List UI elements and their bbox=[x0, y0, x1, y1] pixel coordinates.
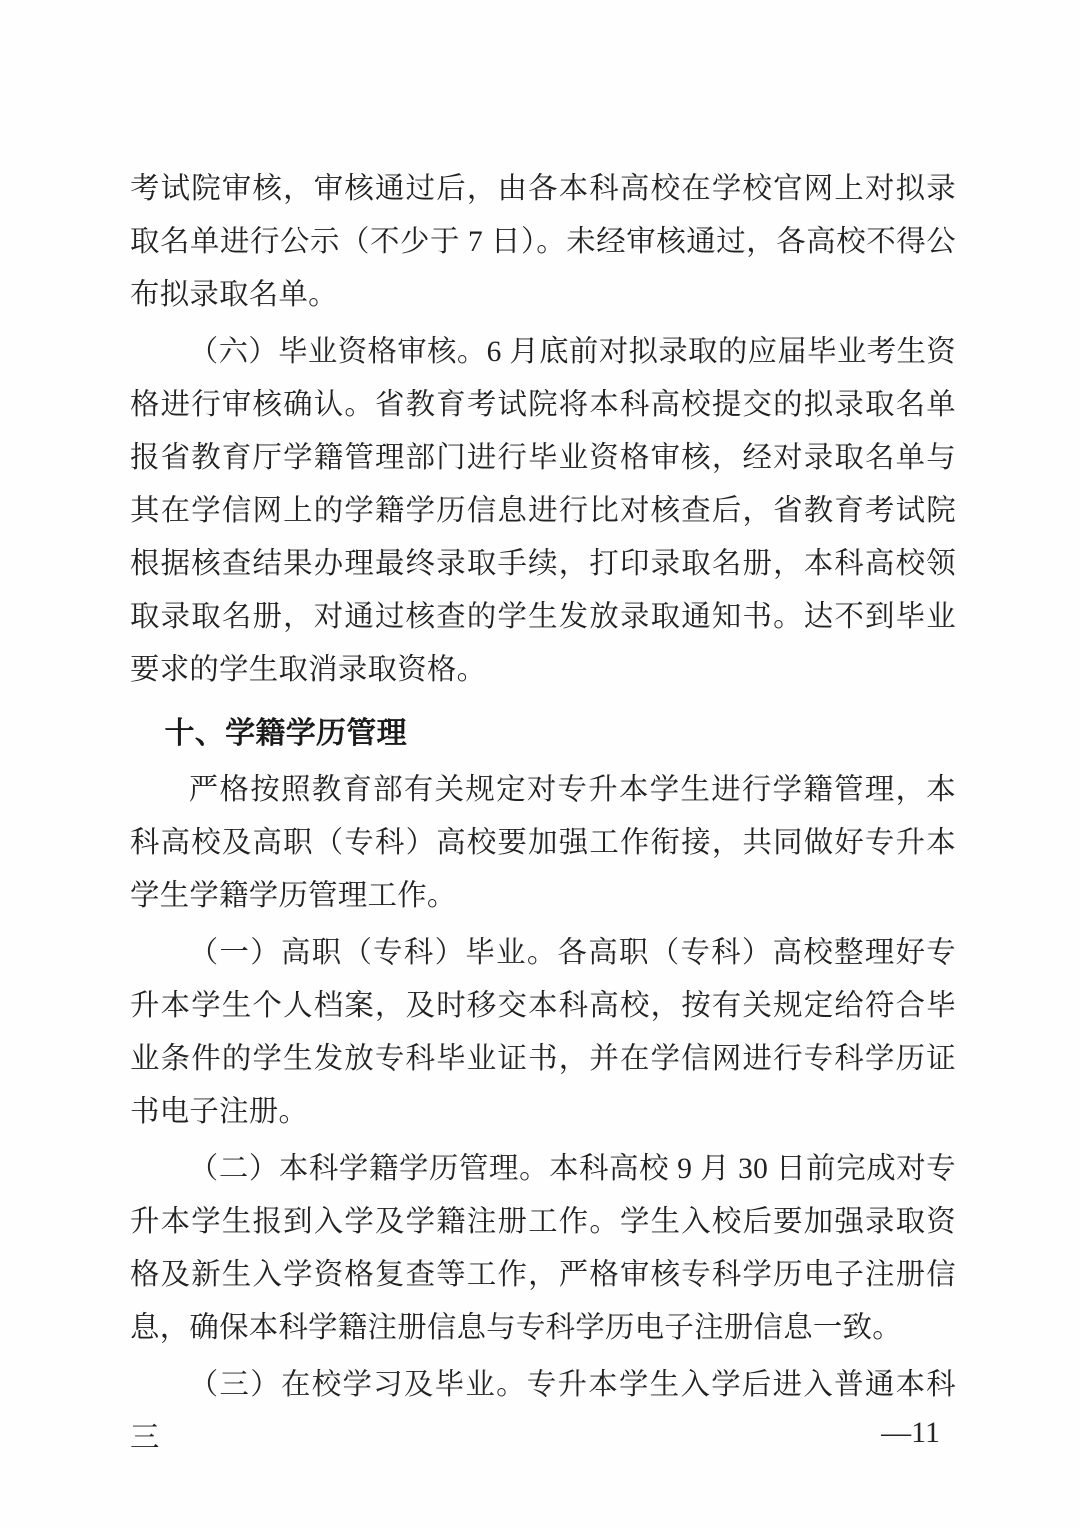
paragraph-status-management-intro: 严格按照教育部有关规定对专升本学生进行学籍管理，本科高校及高职（专科）高校要加强… bbox=[130, 764, 956, 923]
document-page: 考试院审核，审核通过后，由各本科高校在学校官网上对拟录取名单进行公示（不少于 7… bbox=[0, 0, 1080, 1527]
paragraph-graduation-qualification-review: （六）毕业资格审核。6 月底前对拟录取的应届毕业考生资格进行审核确认。省教育考试… bbox=[130, 326, 956, 697]
paragraph-vocational-graduation: （一）高职（专科）毕业。各高职（专科）高校整理好专升本学生个人档案，及时移交本科… bbox=[130, 927, 956, 1139]
paragraph-lead: （一）高职（专科）毕业。 bbox=[189, 937, 558, 969]
document-content: 考试院审核，审核通过后，由各本科高校在学校官网上对拟录取名单进行公示（不少于 7… bbox=[130, 163, 956, 1465]
paragraph-text: 6 月底前对拟录取的应届毕业考生资格进行审核确认。省教育考试院将本科高校提交的拟… bbox=[130, 336, 956, 686]
paragraph-publicity-continuation: 考试院审核，审核通过后，由各本科高校在学校官网上对拟录取名单进行公示（不少于 7… bbox=[130, 163, 956, 322]
paragraph-study-and-graduation: （三）在校学习及毕业。专升本学生入学后进入普通本科三 bbox=[130, 1359, 956, 1465]
paragraph-lead: （二）本科学籍学历管理。 bbox=[189, 1153, 549, 1185]
paragraph-lead: （六）毕业资格审核。 bbox=[189, 336, 487, 368]
paragraph-undergraduate-registration: （二）本科学籍学历管理。本科高校 9 月 30 日前完成对专升本学生报到入学及学… bbox=[130, 1143, 956, 1355]
page-number: —11 bbox=[881, 1415, 940, 1451]
section-heading-status-management: 十、学籍学历管理 bbox=[130, 707, 956, 760]
paragraph-lead: （三）在校学习及毕业。 bbox=[189, 1369, 527, 1401]
